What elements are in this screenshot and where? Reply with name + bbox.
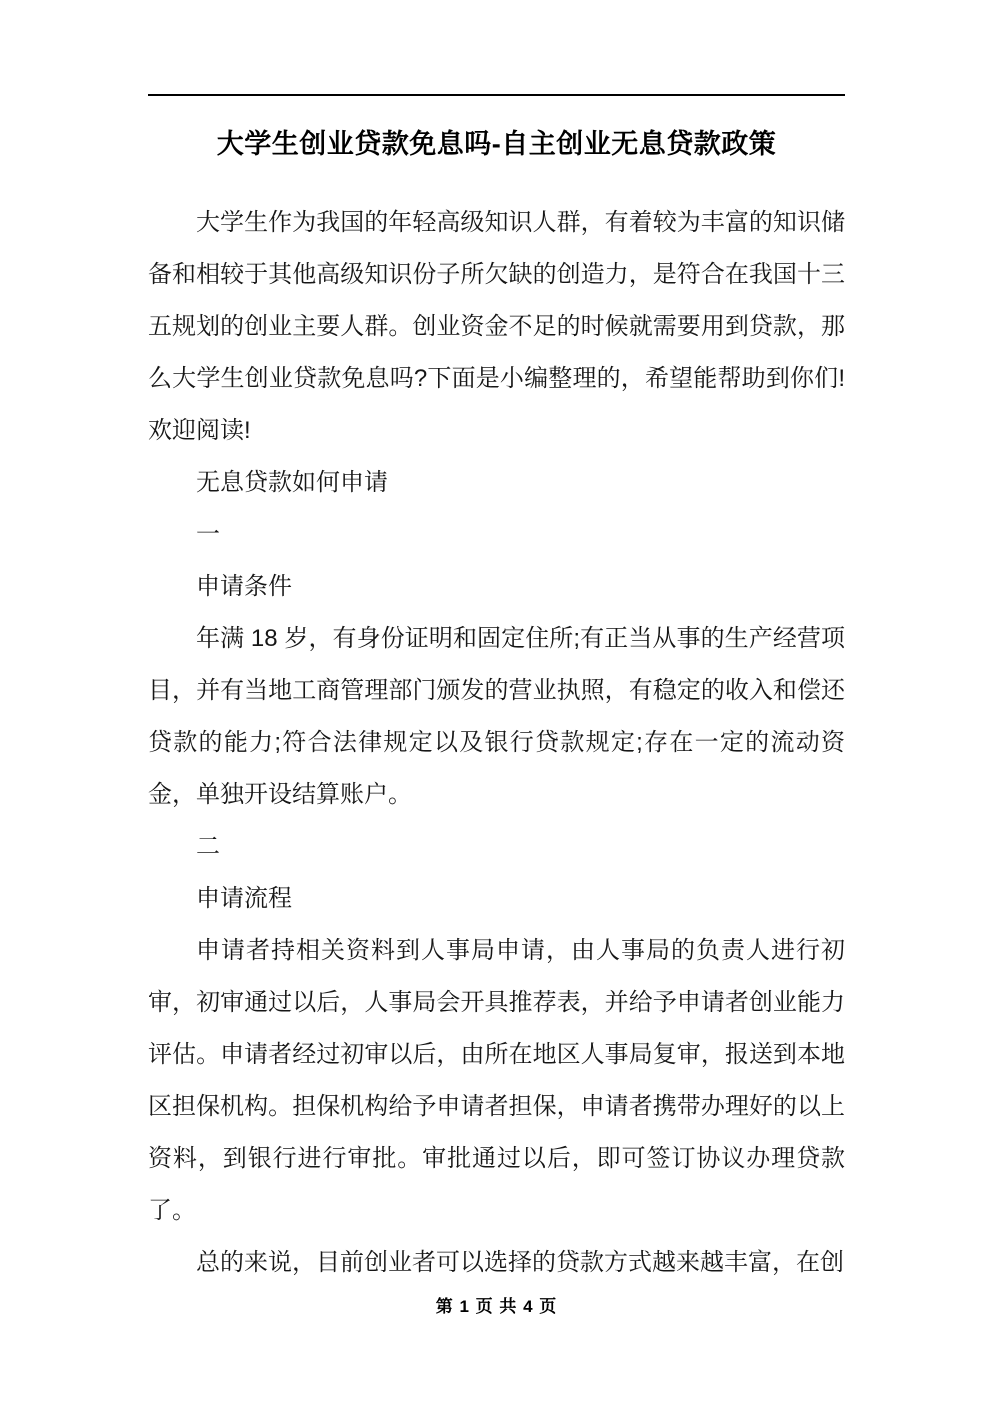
page-number-footer: 第 1 页 共 4 页	[0, 1296, 993, 1318]
header-rule-divider	[148, 94, 845, 96]
document-body: 大学生作为我国的年轻高级知识人群，有着较为丰富的知识储备和相较于其他高级知识份子…	[148, 197, 845, 1289]
paragraph-number-one: 一	[148, 509, 845, 561]
paragraph-section-head: 无息贷款如何申请	[148, 457, 845, 509]
paragraph-apply-process-head: 申请流程	[148, 873, 845, 925]
paragraph-intro: 大学生作为我国的年轻高级知识人群，有着较为丰富的知识储备和相较于其他高级知识份子…	[148, 197, 845, 457]
paragraph-apply-conditions-body: 年满 18 岁，有身份证明和固定住所;有正当从事的生产经营项目，并有当地工商管理…	[148, 613, 845, 821]
paragraph-apply-conditions-head: 申请条件	[148, 561, 845, 613]
document-content: 大学生创业贷款免息吗-自主创业无息贷款政策 大学生作为我国的年轻高级知识人群，有…	[148, 94, 845, 1289]
paragraph-summary: 总的来说，目前创业者可以选择的贷款方式越来越丰富，在创	[148, 1237, 845, 1289]
page-title: 大学生创业贷款免息吗-自主创业无息贷款政策	[148, 126, 845, 162]
paragraph-number-two: 二	[148, 821, 845, 873]
paragraph-apply-process-body: 申请者持相关资料到人事局申请，由人事局的负责人进行初审，初审通过以后，人事局会开…	[148, 925, 845, 1237]
document-page: 大学生创业贷款免息吗-自主创业无息贷款政策 大学生作为我国的年轻高级知识人群，有…	[0, 0, 993, 1404]
